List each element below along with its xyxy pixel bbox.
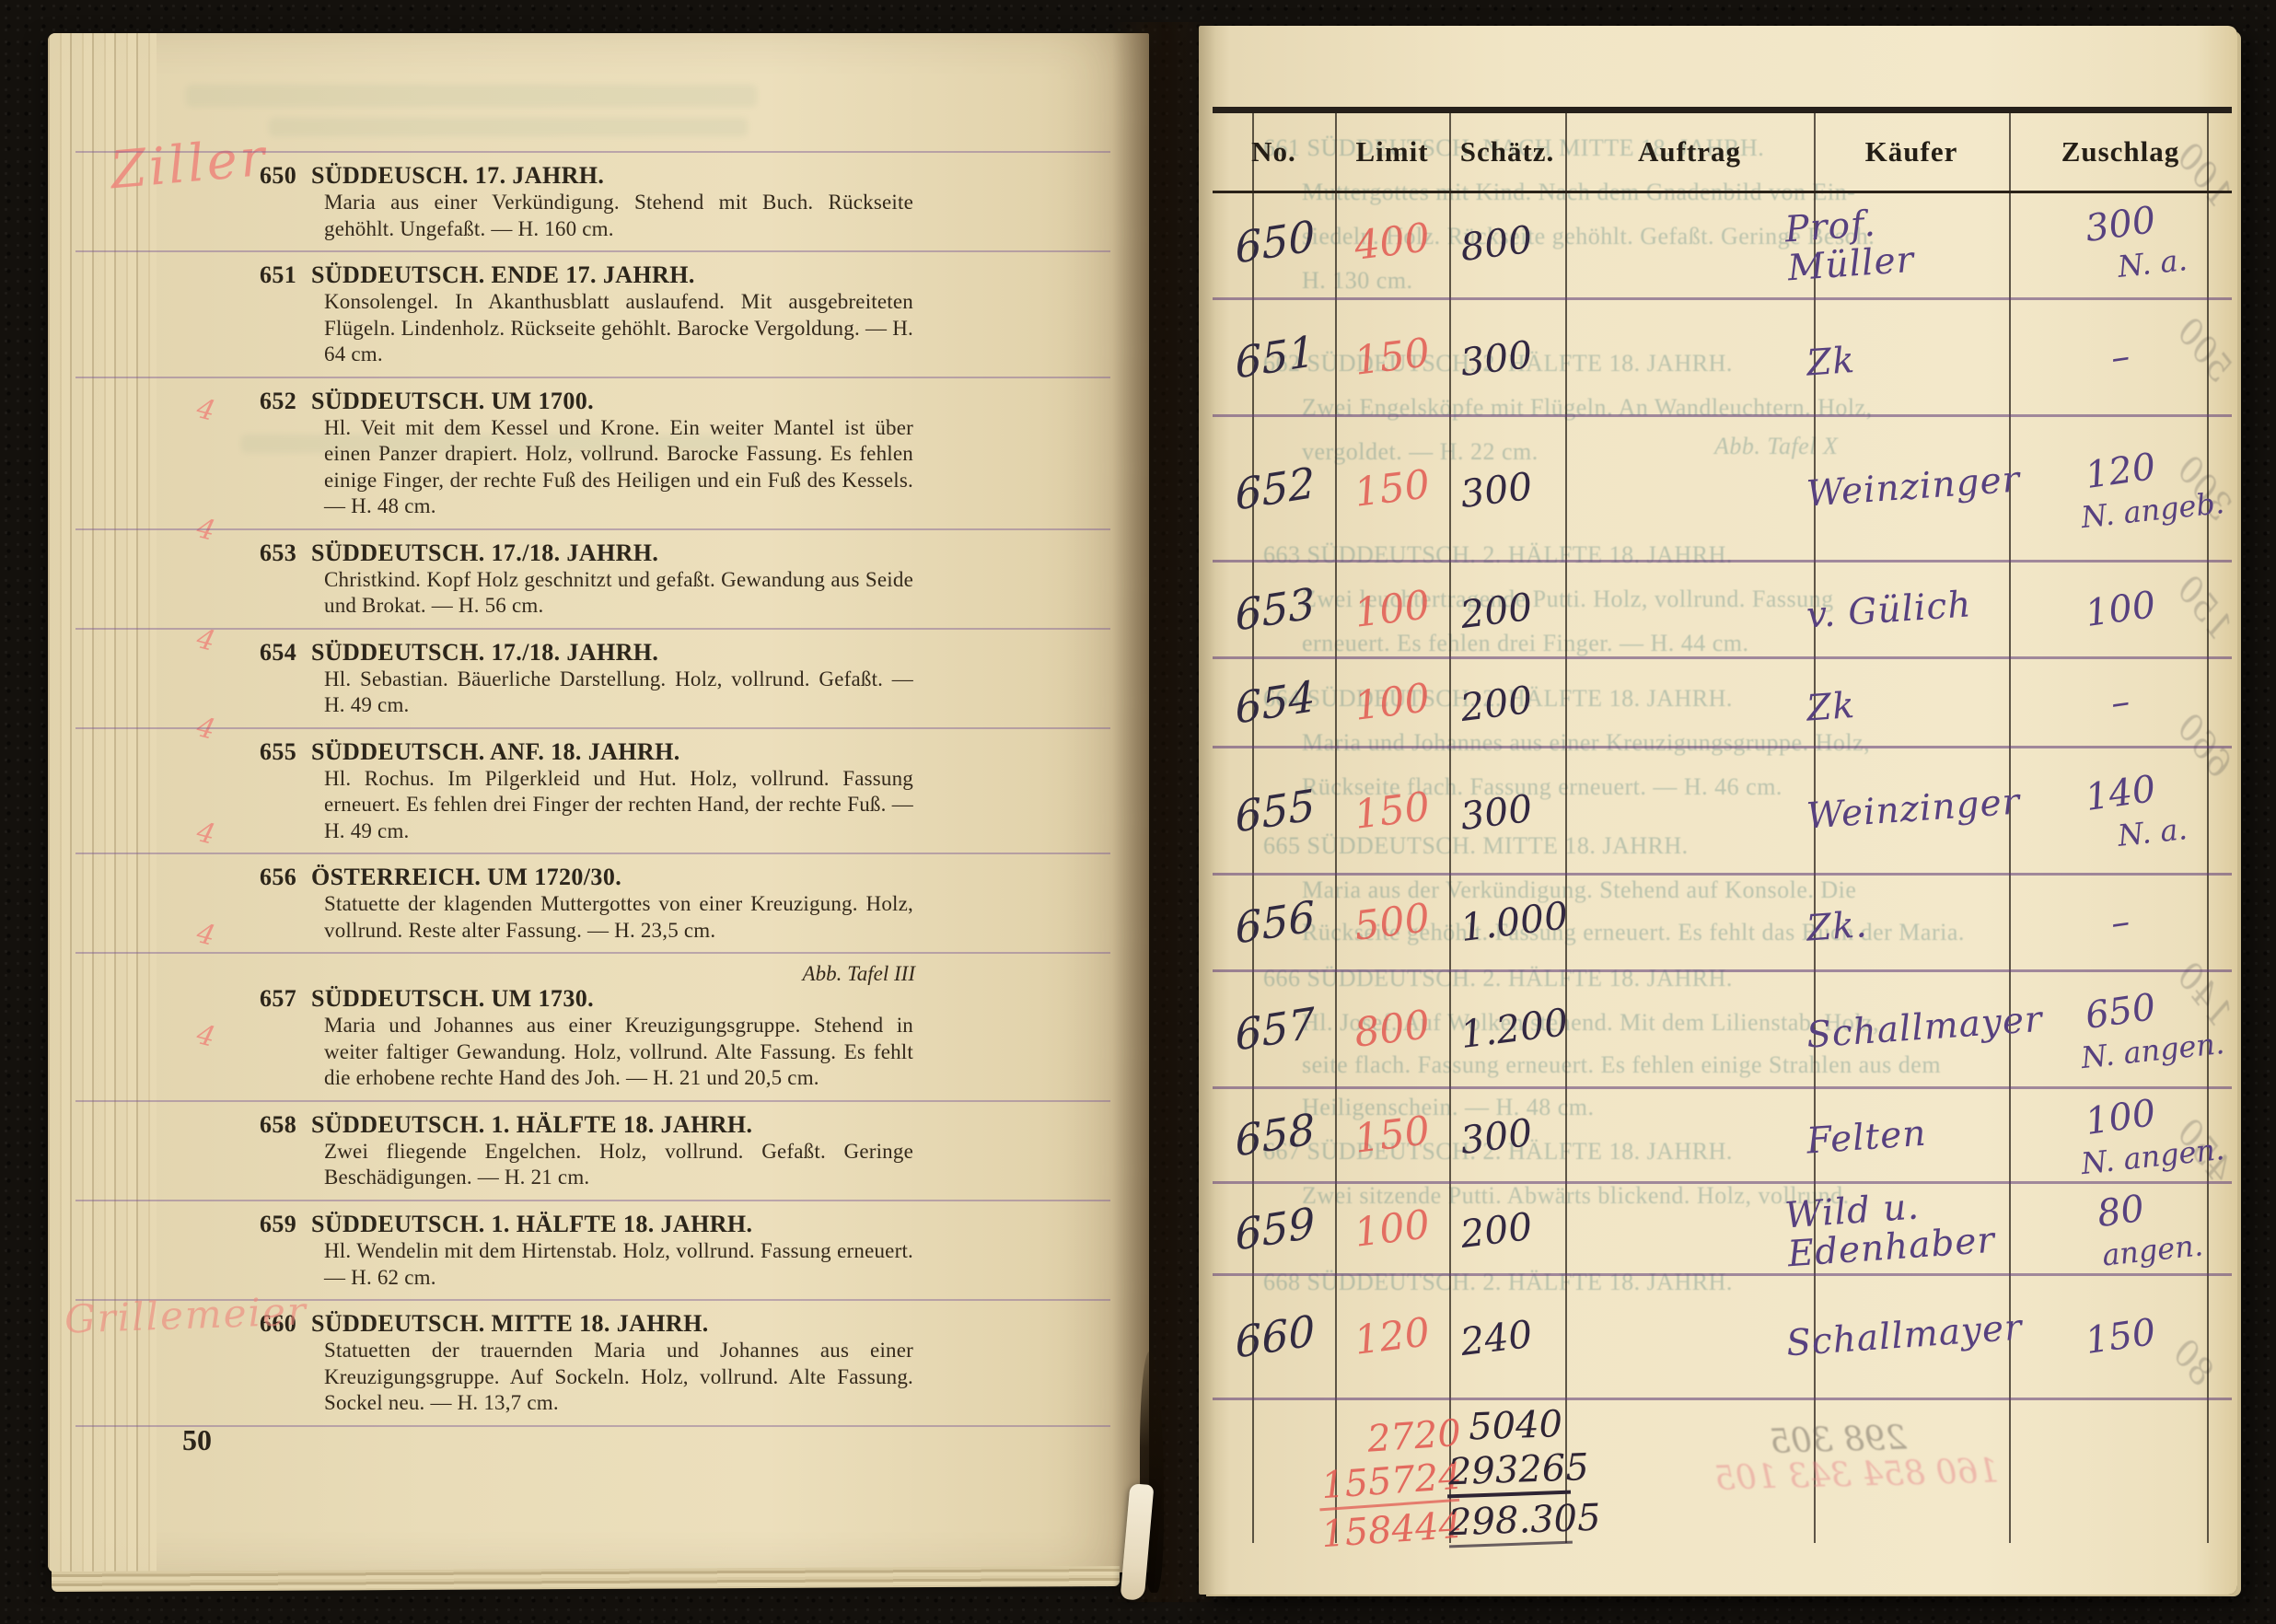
lot-title: ÖSTERREICH. UM 1720/30. bbox=[311, 864, 621, 890]
cell-buyer: Weinzinger bbox=[1806, 462, 2010, 515]
cell-buyer: Schallmayer bbox=[1806, 1003, 2010, 1055]
lot-title: SÜDDEUTSCH. 1. HÄLFTE 18. JAHRH. bbox=[311, 1111, 752, 1138]
cell-buyer: Weinzinger bbox=[1806, 784, 2010, 837]
limit-total-value: 158444 bbox=[1319, 1498, 1462, 1556]
cell-limit: 400 bbox=[1332, 213, 1451, 273]
cell-buyer: Prof. Müller bbox=[1783, 196, 2011, 289]
ledger-row: 660 120 240 Schallmayer 150 bbox=[1213, 1276, 2232, 1400]
estimate-total-value: 298.305 bbox=[1447, 1491, 1573, 1549]
lot-description: Konsolengel. In Akanthusblatt auslaufend… bbox=[324, 289, 913, 368]
lot-title: SÜDDEUTSCH. 1. HÄLFTE 18. JAHRH. bbox=[311, 1211, 752, 1237]
hammer-price: – bbox=[2108, 900, 2132, 945]
lot-number: 654 bbox=[260, 639, 311, 667]
entry-heading: 657SÜDDEUTSCH. UM 1730. bbox=[260, 985, 1101, 1013]
cell-buyer: Zk. bbox=[1806, 896, 2010, 948]
ledger-row: 659 100 200 Wild u. Edenhaber 80 angen. bbox=[1213, 1184, 2232, 1276]
limit-totals: 2720 155724 158444 bbox=[1321, 1417, 1461, 1551]
cell-limit: 800 bbox=[1332, 1000, 1451, 1060]
entry-heading: 659SÜDDEUTSCH. 1. HÄLFTE 18. JAHRH. bbox=[260, 1211, 1101, 1238]
cell-limit: 100 bbox=[1332, 580, 1451, 640]
entry-heading: 656ÖSTERREICH. UM 1720/30. bbox=[260, 864, 1101, 891]
lot-number: 653 bbox=[260, 539, 311, 567]
ledger-row: 653 100 200 v. Gülich 100 bbox=[1213, 563, 2232, 659]
cell-buyer: Wild u. Edenhaber bbox=[1783, 1182, 2011, 1275]
cell-buyer: Felten bbox=[1806, 1108, 2010, 1161]
catalog-entry: 651SÜDDEUTSCH. ENDE 17. JAHRH. Konsoleng… bbox=[75, 250, 1110, 377]
ledger-row: 655 150 300 Weinzinger 140 N. a. bbox=[1213, 748, 2232, 876]
catalog-entry: 653SÜDDEUTSCH. 17./18. JAHRH. Christkind… bbox=[75, 528, 1110, 628]
cell-hammer-price: – bbox=[2009, 336, 2232, 378]
hammer-price: 100 bbox=[2083, 1092, 2158, 1143]
cell-lot-number: 654 bbox=[1212, 667, 1335, 737]
lot-description: Christkind. Kopf Holz geschnitzt und gef… bbox=[324, 567, 913, 620]
cell-limit: 150 bbox=[1332, 458, 1451, 518]
cell-lot-number: 656 bbox=[1212, 887, 1335, 957]
cell-estimate: 200 bbox=[1447, 674, 1568, 732]
column-header: Limit bbox=[1335, 135, 1449, 168]
hammer-price: – bbox=[2108, 680, 2132, 725]
cell-estimate: 1.200 bbox=[1447, 1001, 1568, 1059]
cell-estimate: 800 bbox=[1447, 214, 1568, 272]
lot-description: Hl. Veit mit dem Kessel und Krone. Ein w… bbox=[324, 415, 913, 520]
cell-limit: 100 bbox=[1332, 1199, 1451, 1259]
cell-lot-number: 660 bbox=[1212, 1302, 1335, 1371]
lot-description: Maria und Johannes aus einer Kreuzigungs… bbox=[324, 1013, 913, 1092]
cell-estimate: 200 bbox=[1447, 581, 1568, 639]
entry-heading: 660SÜDDEUTSCH. MITTE 18. JAHRH. bbox=[260, 1310, 1101, 1338]
cell-hammer-price: 80 angen. bbox=[2009, 1190, 2232, 1268]
bleedthrough-smudge bbox=[269, 118, 748, 136]
entry-plate-note: Abb. Tafel III bbox=[260, 963, 915, 985]
cell-estimate: 200 bbox=[1447, 1200, 1568, 1258]
cell-buyer: Schallmayer bbox=[1785, 1310, 2010, 1364]
hammer-price: 140 bbox=[2083, 767, 2158, 818]
hammer-price: 80 bbox=[2095, 1187, 2147, 1235]
ledger-row: 656 500 1.000 Zk. – bbox=[1213, 876, 2232, 972]
entry-heading: 651SÜDDEUTSCH. ENDE 17. JAHRH. bbox=[260, 261, 1101, 289]
entry-heading: 650SÜDDEUSCH. 17. JAHRH. bbox=[260, 162, 1101, 190]
lot-description: Zwei fliegende Engelchen. Holz, vollrund… bbox=[324, 1139, 913, 1191]
cell-lot-number: 652 bbox=[1212, 454, 1335, 523]
lot-title: SÜDDEUTSCH. ANF. 18. JAHRH. bbox=[311, 738, 680, 765]
entry-heading: 654SÜDDEUTSCH. 17./18. JAHRH. bbox=[260, 639, 1101, 667]
entry-heading: 653SÜDDEUTSCH. 17./18. JAHRH. bbox=[260, 539, 1101, 567]
page-number: 50 bbox=[182, 1423, 212, 1457]
hammer-price: 650 bbox=[2083, 986, 2158, 1038]
estimate-total-value: 293265 bbox=[1447, 1446, 1573, 1495]
lot-title: SÜDDEUTSCH. MITTE 18. JAHRH. bbox=[311, 1310, 709, 1337]
cell-lot-number: 653 bbox=[1212, 574, 1335, 644]
cell-limit: 100 bbox=[1332, 673, 1451, 733]
lot-number: 659 bbox=[260, 1211, 311, 1238]
cell-hammer-price: 120 N. angeb. bbox=[2009, 450, 2232, 528]
lot-title: SÜDDEUTSCH. ENDE 17. JAHRH. bbox=[311, 261, 695, 288]
cell-hammer-price: – bbox=[2009, 681, 2232, 724]
catalog-entry: 655SÜDDEUTSCH. ANF. 18. JAHRH. Hl. Rochu… bbox=[75, 727, 1110, 853]
lot-description: Maria aus einer Verkündigung. Stehend mi… bbox=[324, 190, 913, 242]
cell-lot-number: 650 bbox=[1212, 207, 1335, 276]
hammer-note: N. a. bbox=[2116, 811, 2189, 853]
lot-number: 650 bbox=[260, 162, 311, 190]
lot-number: 652 bbox=[260, 388, 311, 415]
cell-buyer: Zk bbox=[1806, 331, 2010, 383]
lot-description: Statuetten der trauernden Maria und Joha… bbox=[324, 1338, 913, 1417]
ledger-row: 652 150 300 Weinzinger 120 N. angeb. bbox=[1213, 417, 2232, 563]
lot-number: 658 bbox=[260, 1111, 311, 1139]
estimate-totals: 5040 293265 298.305 bbox=[1448, 1404, 1572, 1546]
cell-limit: 120 bbox=[1332, 1307, 1451, 1367]
hammer-price: – bbox=[2108, 335, 2132, 379]
catalog-entry: 659SÜDDEUTSCH. 1. HÄLFTE 18. JAHRH. Hl. … bbox=[75, 1200, 1110, 1299]
column-header: Schätz. bbox=[1449, 135, 1565, 168]
cell-limit: 150 bbox=[1332, 1106, 1451, 1166]
lot-description: Hl. Wendelin mit dem Hirtenstab. Holz, v… bbox=[324, 1238, 913, 1291]
cell-estimate: 300 bbox=[1447, 1107, 1568, 1165]
ledger-row: 651 150 300 Zk – bbox=[1213, 300, 2232, 417]
ledger-header-row: No. Limit Schätz. Auftrag Käufer Zuschla… bbox=[1213, 107, 2232, 193]
entry-heading: 658SÜDDEUTSCH. 1. HÄLFTE 18. JAHRH. bbox=[260, 1111, 1101, 1139]
catalog-entry: 652SÜDDEUTSCH. UM 1700. Hl. Veit mit dem… bbox=[75, 377, 1110, 528]
cell-limit: 150 bbox=[1332, 781, 1451, 841]
cell-hammer-price: 300 N. a. bbox=[2009, 203, 2232, 281]
cell-estimate: 300 bbox=[1447, 782, 1568, 840]
cell-hammer-price: 650 N. angen. bbox=[2009, 991, 2232, 1068]
bleedthrough-smudge bbox=[186, 85, 757, 107]
lot-number: 655 bbox=[260, 738, 311, 766]
left-catalog-page: Ziller 4 4 4 4 4 4 4 650SÜDDEUSCH. 17. J… bbox=[48, 33, 1149, 1572]
hammer-note: N. a. bbox=[2116, 242, 2189, 284]
catalog-entry: 654SÜDDEUTSCH. 17./18. JAHRH. Hl. Sebast… bbox=[75, 628, 1110, 727]
hammer-price: 150 bbox=[2083, 1311, 2158, 1363]
catalog-entry: 650SÜDDEUSCH. 17. JAHRH. Maria aus einer… bbox=[75, 151, 1110, 250]
entry-heading: 655SÜDDEUTSCH. ANF. 18. JAHRH. bbox=[260, 738, 1101, 766]
column-header: Zuschlag bbox=[2009, 135, 2232, 168]
ledger-row: 650 400 800 Prof. Müller 300 N. a. bbox=[1213, 187, 2232, 300]
cell-lot-number: 655 bbox=[1212, 776, 1335, 845]
lot-title: SÜDDEUSCH. 17. JAHRH. bbox=[311, 162, 604, 189]
estimate-total-value: 5040 bbox=[1447, 1402, 1573, 1451]
ledger-row: 654 100 200 Zk – bbox=[1213, 659, 2232, 748]
lot-description: Hl. Sebastian. Bäuerliche Darstellung. H… bbox=[324, 667, 913, 719]
lot-number: 657 bbox=[260, 985, 311, 1013]
ledger-row: 658 150 300 Felten 100 N. angen. bbox=[1213, 1089, 2232, 1184]
cell-hammer-price: 100 N. angen. bbox=[2009, 1096, 2232, 1174]
lot-description: Hl. Rochus. Im Pilgerkleid und Hut. Holz… bbox=[324, 766, 913, 845]
ledger-row: 657 800 1.200 Schallmayer 650 N. angen. bbox=[1213, 972, 2232, 1089]
margin-annotation-bottom: Grillemeier bbox=[64, 1288, 308, 1341]
right-ledger-page: 661 SÜDDEUTSCH. NACH MITTE 18. JAHRH. Mu… bbox=[1199, 26, 2237, 1595]
cell-estimate: 1.000 bbox=[1447, 894, 1568, 952]
lot-title: SÜDDEUTSCH. UM 1700. bbox=[311, 388, 594, 414]
entry-heading: 652SÜDDEUTSCH. UM 1700. bbox=[260, 388, 1101, 415]
cell-lot-number: 657 bbox=[1212, 994, 1335, 1063]
scanned-book-spread: { "document": { "type": "auction-catalog… bbox=[0, 0, 2276, 1624]
catalog-entry: 658SÜDDEUTSCH. 1. HÄLFTE 18. JAHRH. Zwei… bbox=[75, 1100, 1110, 1200]
cell-hammer-price: 150 bbox=[2009, 1316, 2232, 1358]
lot-title: SÜDDEUTSCH. UM 1730. bbox=[311, 985, 594, 1012]
cell-lot-number: 659 bbox=[1212, 1194, 1335, 1263]
column-header: No. bbox=[1213, 135, 1335, 168]
cell-estimate: 300 bbox=[1447, 459, 1568, 517]
cell-limit: 150 bbox=[1332, 328, 1451, 388]
lot-number: 651 bbox=[260, 261, 311, 289]
cell-hammer-price: – bbox=[2009, 901, 2232, 944]
ledger-rows: 650 400 800 Prof. Müller 300 N. a. 651 1… bbox=[1213, 187, 2232, 1400]
column-header: Käufer bbox=[1814, 135, 2009, 168]
catalog-entry: Abb. Tafel III 657SÜDDEUTSCH. UM 1730. M… bbox=[75, 952, 1110, 1100]
cell-lot-number: 658 bbox=[1212, 1100, 1335, 1169]
lot-title: SÜDDEUTSCH. 17./18. JAHRH. bbox=[311, 639, 658, 666]
lot-description: Statuette der klagenden Muttergottes von… bbox=[324, 891, 913, 944]
cell-buyer: Zk bbox=[1806, 676, 2010, 728]
lot-title: SÜDDEUTSCH. 17./18. JAHRH. bbox=[311, 539, 658, 566]
cell-lot-number: 651 bbox=[1212, 322, 1335, 391]
hammer-price: 300 bbox=[2083, 199, 2158, 250]
cell-limit: 500 bbox=[1332, 893, 1451, 953]
stacked-page-edges-bottom bbox=[52, 1566, 1120, 1592]
cell-estimate: 240 bbox=[1447, 1308, 1568, 1366]
cell-hammer-price: 140 N. a. bbox=[2009, 772, 2232, 850]
lot-number: 656 bbox=[260, 864, 311, 891]
hammer-note: angen. bbox=[2100, 1227, 2204, 1272]
cell-hammer-price: 100 bbox=[2009, 588, 2232, 631]
hammer-price: 120 bbox=[2083, 445, 2158, 496]
catalog-entry-list: 650SÜDDEUSCH. 17. JAHRH. Maria aus einer… bbox=[75, 151, 1110, 1427]
cell-buyer: v. Gülich bbox=[1806, 583, 2010, 635]
showthrough-total-red: 160 854 343 105 bbox=[1714, 1453, 2000, 1498]
cell-estimate: 300 bbox=[1447, 329, 1568, 387]
column-header: Auftrag bbox=[1565, 135, 1814, 168]
catalog-entry: 656ÖSTERREICH. UM 1720/30. Statuette der… bbox=[75, 853, 1110, 952]
hammer-price: 100 bbox=[2083, 584, 2158, 635]
